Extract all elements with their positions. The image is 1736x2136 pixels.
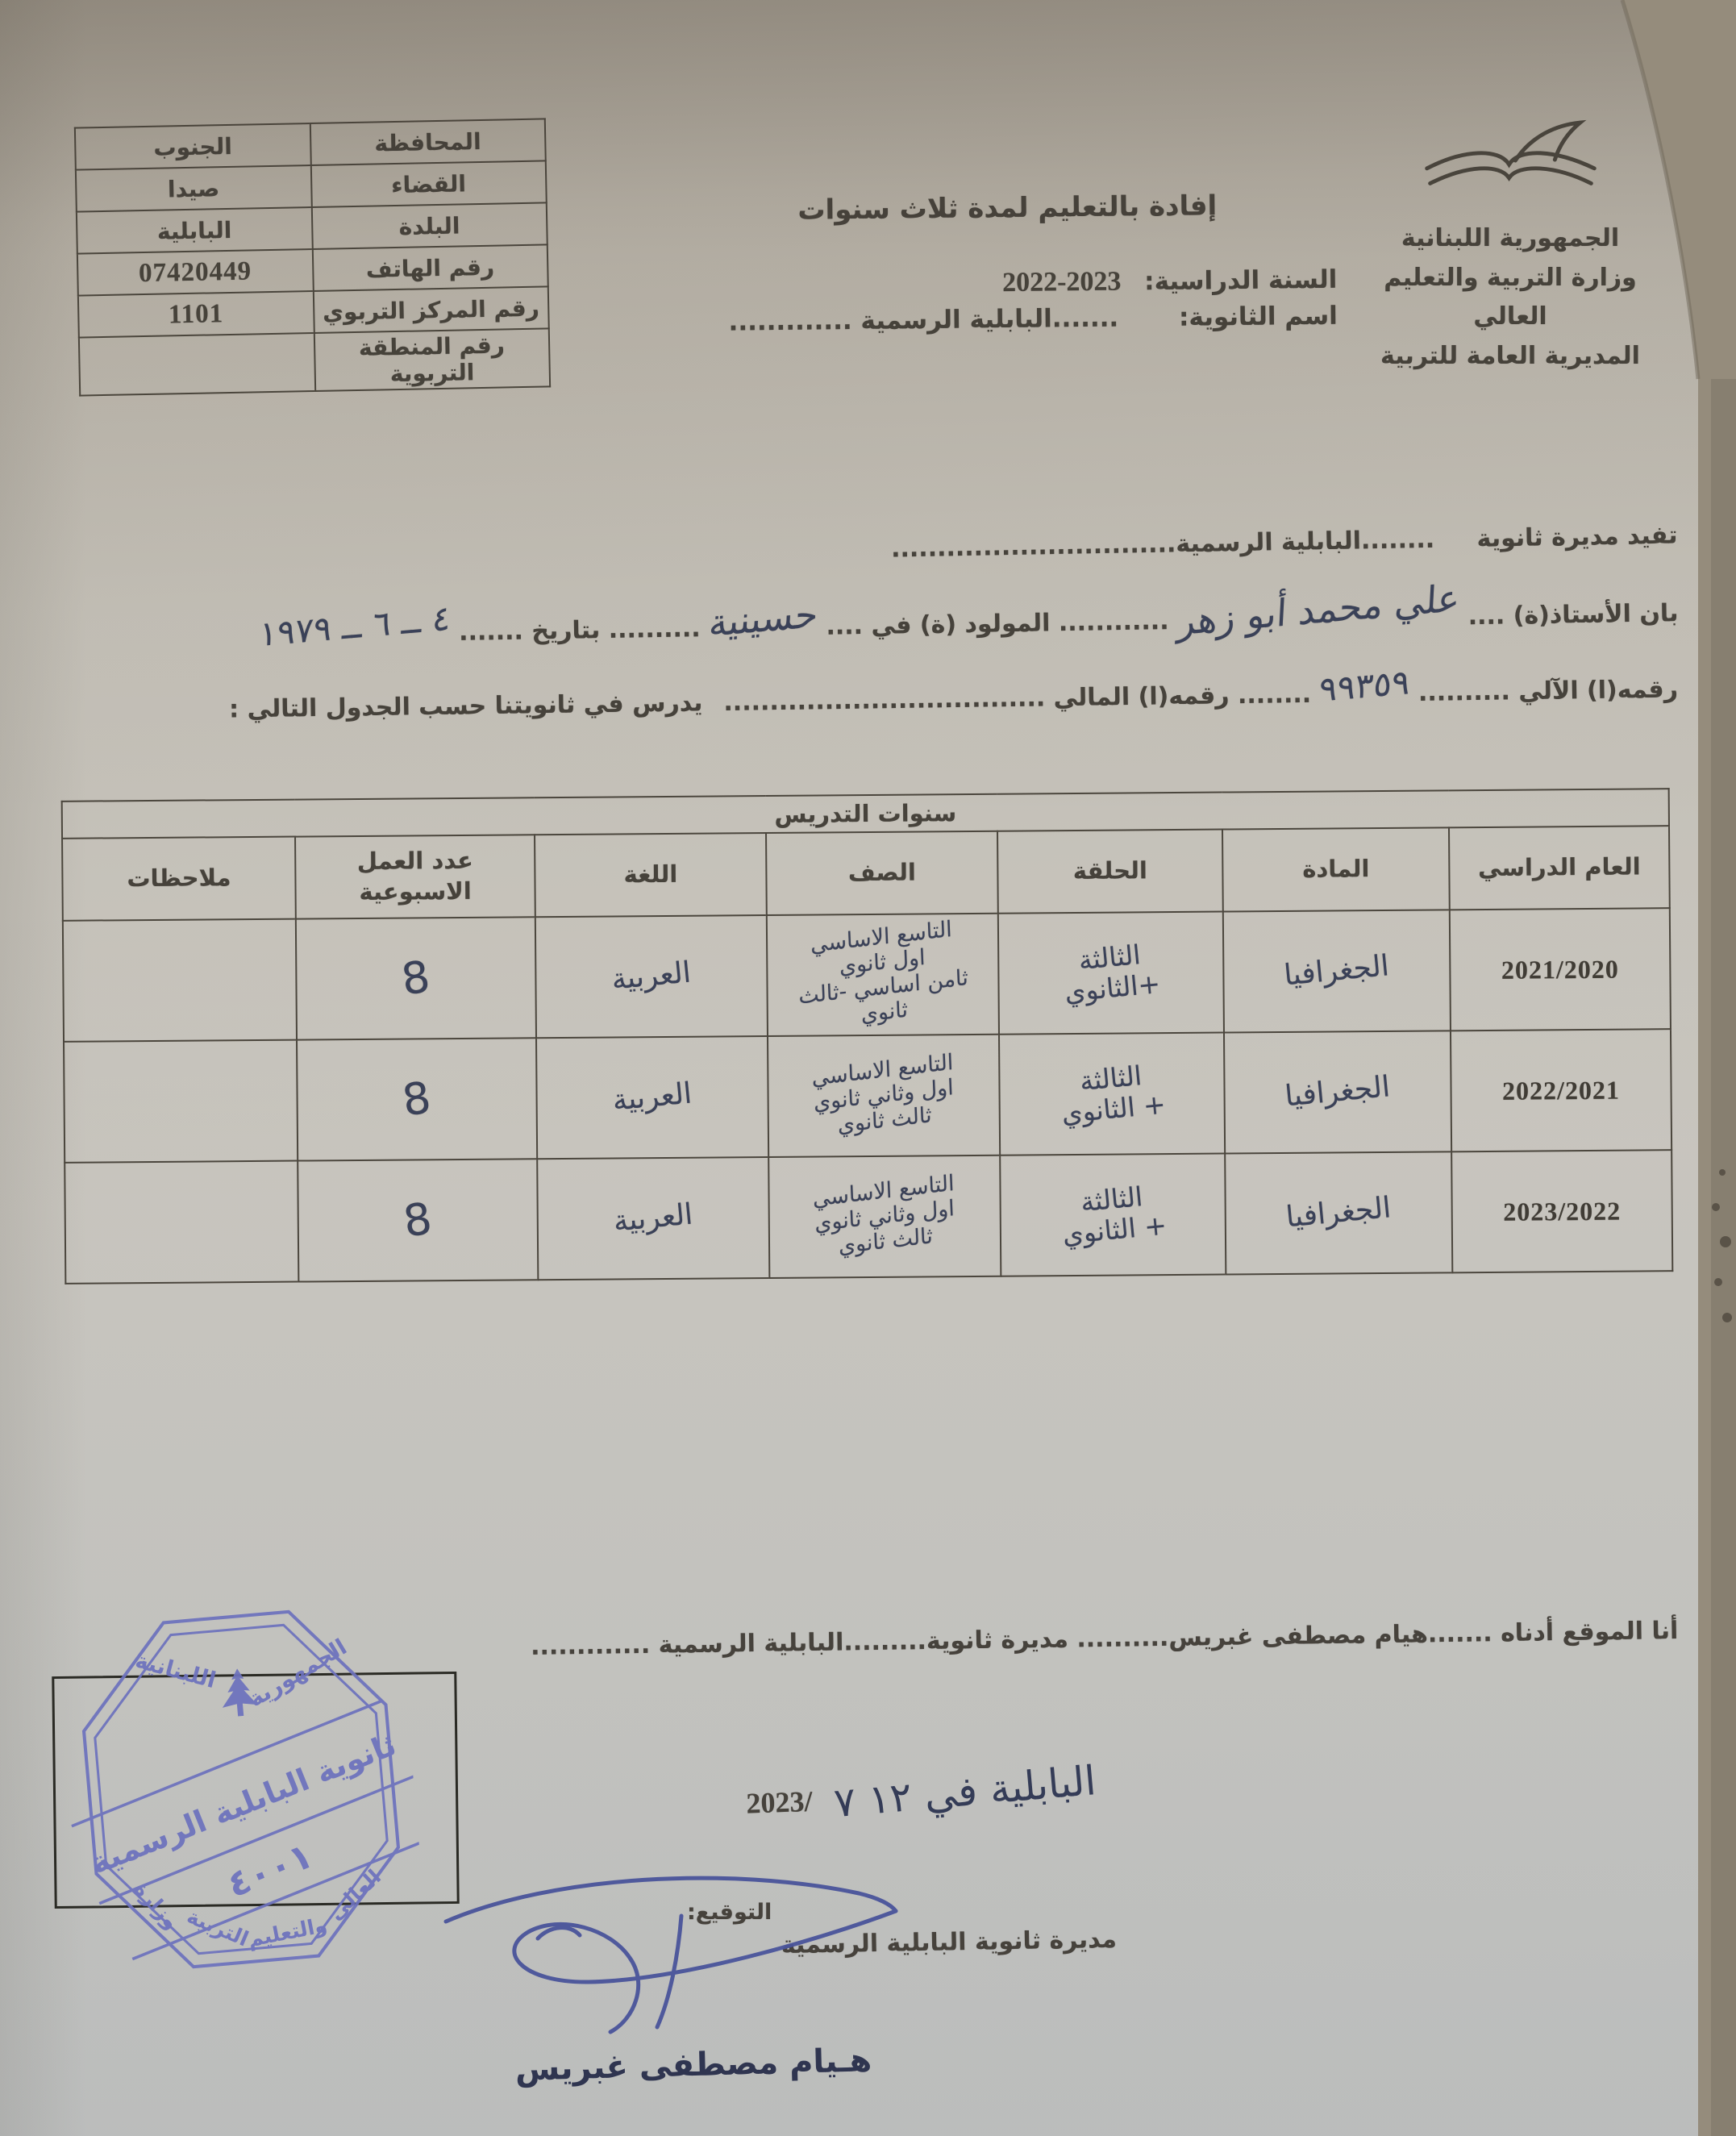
info-value-center: 1101 [78, 291, 314, 338]
closing-line: أنا الموقع أدناه .......هيام مصطفى غبريس… [522, 1617, 1678, 1661]
info-label: رقم الهاتف [312, 244, 547, 291]
notes-cell [63, 919, 297, 1042]
year-cell: 2022/2021 [1451, 1029, 1671, 1151]
language-cell: العربية [537, 1157, 769, 1280]
hours-cell: 8 [296, 917, 536, 1039]
language-cell: العربية [536, 1036, 768, 1159]
stamp-rim-word: وزارة [129, 1876, 185, 1934]
cycle-cell: الثالثة + الثانوي [999, 1033, 1225, 1155]
info-value-empty [79, 333, 315, 396]
teaching-years-table: سنوات التدريس العام الدراسي المادة الحلق… [61, 788, 1674, 1285]
col-header-cycle: الحلقة [997, 830, 1223, 914]
director-title-dots: .......... مديرة ثانوية [926, 1624, 1168, 1655]
hours-cell: 8 [298, 1159, 538, 1281]
stamp-number: ٤٠٠١ [221, 1834, 318, 1906]
closing-school-dotted: .........البابلية الرسمية ............. [530, 1627, 926, 1661]
cycle-cell: الثالثة + الثانوي [1000, 1154, 1226, 1276]
born-in-label: ............ المولود (ة) في .... [826, 607, 1169, 641]
classes-cell: التاسع الاساسي اول وثاني ثانوي ثالث ثانو… [768, 1035, 1000, 1157]
birthplace-handwritten: حسينية [707, 595, 818, 642]
stamp-rim-word: التربية [183, 1904, 252, 1952]
certify-prefix: تفيد مديرة ثانوية [1477, 521, 1678, 552]
undersigned-label: أنا الموقع أدناه ....... [1427, 1617, 1678, 1648]
school-name-line: اسم الثانوية: .......البابلية الرسمية ..… [670, 302, 1347, 338]
teacher-prefix: بان الأستاذ(ة) .... [1467, 599, 1678, 631]
teaches-note: يدرس في ثانويتنا حسب الجدول التالي : [229, 689, 703, 723]
open-book-logo-icon [1416, 119, 1605, 206]
notes-cell [65, 1161, 298, 1284]
letterhead-line-republic: الجمهورية اللبنانية [1345, 219, 1676, 259]
financial-number-label: ........ رقمه(ا) المالي ................… [723, 681, 1311, 717]
teaching-years-table-wrap: سنوات التدريس العام الدراسي المادة الحلق… [61, 788, 1674, 1285]
birthdate-handwritten: ٤ ــ ٦ ــ ١٩٧٩ [258, 602, 451, 652]
handwritten-signature [439, 1861, 923, 2055]
info-label: البلدة [311, 202, 547, 249]
numbers-line: رقمه(ا) الآلي ..........٩٩٣٥٩........ رق… [229, 668, 1678, 723]
stamp-rim-word: العالي [323, 1864, 385, 1925]
table-row: 2021/2020 الجغرافيا الثالثة +الثانوي الت… [63, 908, 1671, 1042]
teacher-name-handwritten: علي محمد أبو زهر [1176, 579, 1459, 640]
admin-info-table: المحافظة الجنوب القضاء صيدا البلدة الباب… [74, 118, 551, 396]
table-row: رقم المنطقة التربوية [79, 328, 550, 395]
info-label: رقم المركز التربوي [313, 286, 548, 333]
auto-number-handwritten: ٩٩٣٥٩ [1318, 665, 1411, 707]
stamp-rim-word: اللبنانية [132, 1648, 218, 1693]
info-value-phone: 07420449 [77, 249, 313, 296]
language-cell: العربية [535, 915, 768, 1038]
subject-cell: الجغرافيا [1225, 1151, 1452, 1274]
classes-cell: التاسع الاساسي اول وثاني ثانوي ثالث ثانو… [768, 1155, 1001, 1278]
auto-number-label: رقمه(ا) الآلي .......... [1418, 675, 1678, 706]
school-name-value: .......البابلية الرسمية ............. [728, 304, 1118, 337]
table-header-row: العام الدراسي المادة الحلقة الصف اللغة ع… [62, 826, 1670, 921]
year-cell: 2023/2022 [1451, 1150, 1672, 1272]
table-row: 2023/2022 الجغرافيا الثالثة + الثانوي ال… [65, 1150, 1672, 1284]
director-name: هيام مصطفى غبريس [1168, 1620, 1428, 1651]
certify-line: تفيد مديرة ثانوية ........البابلية الرسم… [891, 521, 1678, 563]
subject-cell: الجغرافيا [1224, 1031, 1451, 1153]
info-label: القضاء [310, 160, 546, 207]
col-header-notes: ملاحظات [62, 837, 296, 921]
school-year-label: السنة الدراسية: [1144, 265, 1337, 297]
col-header-weekly-hours: عدد العمل الاسبوعية [295, 835, 535, 918]
scanned-certificate-page: المحافظة الجنوب القضاء صيدا البلدة الباب… [0, 0, 1736, 2136]
info-label: المحافظة [310, 119, 545, 165]
table-row: 2022/2021 الجغرافيا الثالثة + الثانوي ال… [64, 1029, 1671, 1163]
school-name-label: اسم الثانوية: [1179, 302, 1338, 332]
letterhead-line-ministry: وزارة التربية والتعليم العالي [1345, 259, 1676, 337]
school-year-line: السنة الدراسية: 2023-2022 [669, 264, 1347, 302]
letterhead-line-directorate: المديرية العامة للتربية [1345, 337, 1676, 377]
document-heading: إفادة بالتعليم لمدة ثلاث سنوات السنة الد… [668, 189, 1347, 338]
col-header-subject: المادة [1222, 827, 1450, 911]
certify-school-dotted: ........البابلية الرسمية................… [891, 526, 1435, 564]
date-handwritten: البابلية في ١٢ ٧ [832, 1757, 1097, 1826]
info-value: البابلية [77, 207, 312, 254]
official-school-stamp: الجمهورية اللبنانية وزارة التربية والتعل… [52, 1582, 430, 1996]
classes-cell: التاسع الاساسي اول ثانوي ثامن اساسي -ثال… [767, 914, 999, 1036]
info-label: رقم المنطقة التربوية [314, 328, 550, 391]
info-value: صيدا [76, 165, 311, 212]
ministry-letterhead: الجمهورية اللبنانية وزارة التربية والتعل… [1345, 119, 1676, 376]
birthdate-label: .......... بتاريخ ....... [458, 614, 700, 647]
teacher-line: بان الأستاذ(ة) ....علي محمد أبو زهر.....… [250, 589, 1678, 650]
school-year-value: 2023-2022 [1002, 267, 1122, 298]
page-title: إفادة بالتعليم لمدة ثلاث سنوات [668, 189, 1346, 228]
notes-cell [64, 1040, 298, 1163]
col-header-class: الصف [766, 831, 998, 915]
cycle-cell: الثالثة +الثانوي [998, 912, 1224, 1035]
col-header-year: العام الدراسي [1449, 826, 1670, 910]
hours-cell: 8 [297, 1038, 537, 1160]
col-header-language: اللغة [535, 833, 767, 917]
info-value: الجنوب [75, 123, 310, 170]
subject-cell: الجغرافيا [1223, 910, 1451, 1032]
date-line: البابلية في ١٢ ٧ 2023/ [515, 1763, 1097, 1830]
date-year-printed: 2023/ [746, 1784, 813, 1821]
year-cell: 2021/2020 [1450, 908, 1671, 1031]
